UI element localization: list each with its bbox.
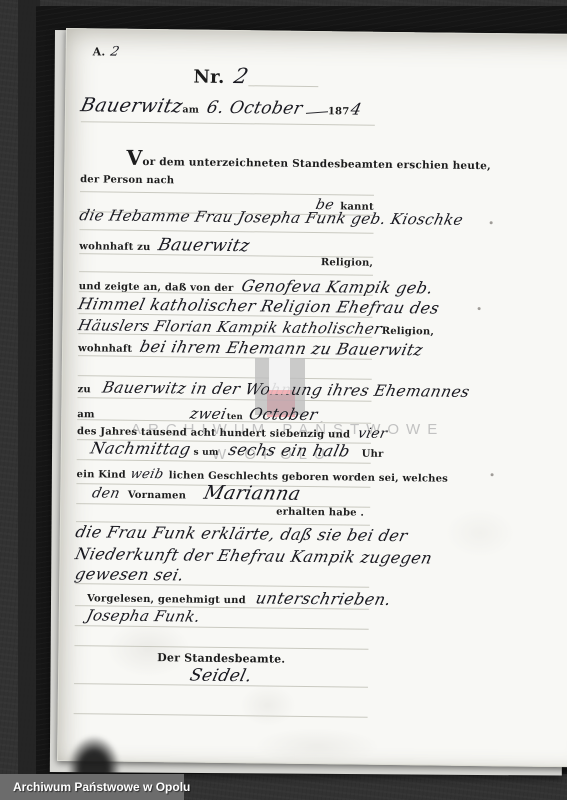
spacer [95,417,191,418]
residence-entry: Bauerwitz [156,235,252,256]
pen-flourish [306,111,328,114]
corner-letter: A. [93,45,106,58]
statement1-entry: die Frau Funk erklärte, daß sie bei der [74,522,410,545]
row-intro: Vor dem unterzeichneten Standesbeamten e… [80,150,374,176]
firstname-entry: Marianna [202,482,303,505]
mother-entry: Genofeva Kampik geb. [239,276,434,297]
uhr-label: Uhr [362,449,384,460]
watermark-line1: ARCHIWUM PAŃSTWOWE [131,421,444,438]
registrar-label: Der Standesbeamte. [157,651,285,666]
vornamen-label: Vornamen [128,490,186,502]
blank-line [250,251,374,253]
sex-entry: weib [129,467,165,482]
row-place-date: Bauerwitz am 6. October 187 4 [81,94,375,128]
archive-caption-bar: Archiwum Państwowe w Opolu [0,774,184,800]
zeigte-an-label: und zeigte an, daß von der [79,281,234,294]
person-nach-label: der Person nach [80,174,174,186]
daytime-entry: Nachmittag [89,438,193,458]
blank-line [76,512,276,514]
nr-label: Nr. [193,67,224,88]
corner-annotation: A. 2 [93,40,120,59]
row-declarant: die Hebamme Frau Josepha Funk geb. Kiosc… [80,206,374,236]
place-entry: Bauerwitz [79,94,185,117]
wohnhaft-label: wohnhaft [78,343,132,355]
blank-line [79,262,321,265]
unterschrieben-entry: unterschrieben. [254,588,393,609]
ink-speck [490,221,493,224]
father-entry: Häuslers Florian Kampik katholischer [76,316,383,338]
blank-line [300,500,370,501]
kind-label: ein Kind [76,469,125,481]
registrar-signature: Seidel. [188,666,254,687]
intro-sentence: Vor dem unterzeichneten Standesbeamten e… [126,151,491,172]
spacer [318,84,375,85]
row-number: Nr. 2 [81,62,375,92]
corner-number: 2 [109,45,121,60]
register-page: A. 2 Nr. 2 Bauerwitz am 6. October 187 4… [57,28,567,767]
row-birthplace: zu Bauerwitz in der Wohnung ihres Eheman… [77,378,371,404]
archive-logo-notch [269,358,290,394]
ink-speck [478,307,481,310]
mother2-entry: Himmel katholischer Religion Ehefrau des [76,294,441,317]
statement3-entry: gewesen sei. [73,564,186,584]
wohnhaft-zu-label: wohnhaft zu [79,241,150,253]
ink-speck [491,473,494,476]
row-signature-registrar: Seidel. [74,664,368,690]
blank-line [184,580,369,582]
year-digit: 4 [349,100,364,119]
archive-caption-text: Archiwum Państwowe w Opolu [0,780,190,794]
date-entry: 6. October [205,98,305,119]
blank-rule [248,85,318,87]
den-entry: den [91,485,122,501]
blank-line [200,622,369,624]
declarant-signature: Josepha Funk. [85,606,202,625]
zu-label: zu [78,384,91,395]
year-printed: 187 [328,106,350,117]
vorgelesen-label: Vorgelesen, genehmigt und [87,593,246,606]
row-blank3 [74,696,368,720]
blank-line [74,696,368,700]
religion2-label: Religion, [382,326,434,338]
am2-label: am [77,409,95,420]
declarant-entry: die Hebamme Frau Josepha Funk geb. Kiosc… [78,206,465,229]
row-blank2 [74,628,368,652]
father-residence-entry: bei ihrem Ehemann zu Bauerwitz [138,337,425,359]
erhalten-label: erhalten habe . [276,507,364,519]
archive-scan-viewer: A. 2 Nr. 2 Bauerwitz am 6. October 187 4… [0,0,567,800]
blank-line [174,183,374,185]
archive-logo-pink-square [267,390,295,417]
watermark-line2: W OPOLU [212,446,332,463]
religion1-label: Religion, [321,257,373,269]
am-label: am [182,104,199,115]
